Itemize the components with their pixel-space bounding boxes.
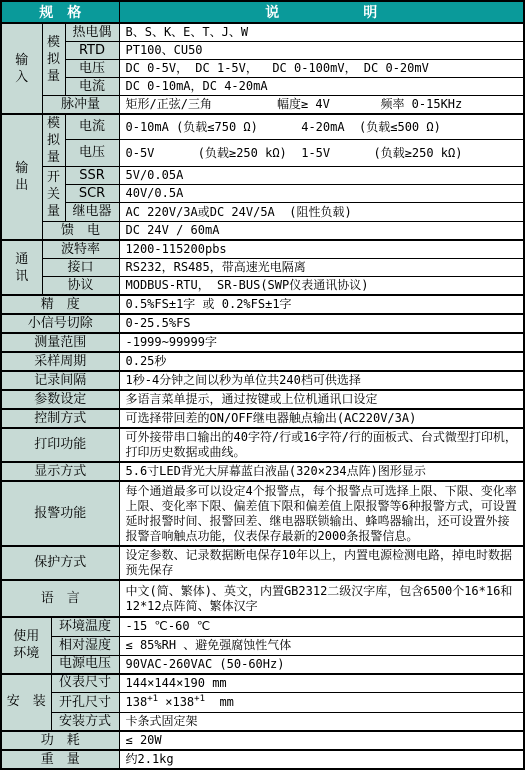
spec-table: 规 格 说 明 输 入 模 拟 量 热电偶 B、S、K、E、T、J、W RTD … [0,0,525,770]
label-instrument-size: 仪表尺寸 [51,674,119,693]
value-scr: 40V/0.5A [119,185,524,203]
group-output-analog: 模 拟 量 [42,114,65,167]
value-interface: RS232，RS485，带高速光电隔离 [119,259,524,277]
value-parameter-setting: 多语言菜单提示，通过按键或上位机通讯口设定 [119,390,524,409]
label-output-voltage: 电压 [65,140,119,167]
value-relative-humidity: ≤ 85%RH 、避免强腐蚀性气体 [119,636,524,655]
label-rtd: RTD [65,42,119,60]
label-measure-range: 测量范围 [1,333,119,352]
value-protection-mode: 设定参数、记录数据断电保存10年以上，内置电源检测电路，掉电时数据预先保存 [119,546,524,580]
value-rtd: PT100、CU50 [119,42,524,60]
label-control-mode: 控制方式 [1,409,119,428]
label-input-voltage: 电压 [65,60,119,78]
group-output: 输 出 [1,114,42,240]
header-description: 说 明 [119,1,524,23]
label-cutout-size: 开孔尺寸 [51,693,119,713]
label-weight: 重 量 [1,750,119,769]
value-supply-voltage: 90VAC-260VAC (50-60Hz) [119,655,524,674]
value-pulse: 矩形/正弦/三角 幅度≥ 4V 频率 0-15KHz [119,96,524,115]
value-relay: AC 220V/3A或DC 24V/5A (阻性负载) [119,203,524,222]
cutout-base-1: 138 [126,695,148,709]
value-feed-power: DC 24V / 60mA [119,222,524,241]
value-ssr: 5V/0.05A [119,167,524,185]
cutout-tolerance-2: +1 [194,694,205,704]
cutout-unit: mm [205,695,234,709]
label-ambient-temperature: 环境温度 [51,617,119,636]
value-sampling-period: 0.25秒 [119,352,524,371]
label-protocol: 协议 [42,277,119,296]
value-control-mode: 可选择带回差的ON/OFF继电器触点输出(AC220V/3A) [119,409,524,428]
value-protocol: MODBUS-RTU， SR-BUS(SWP仪表通讯协议) [119,277,524,296]
label-output-current: 电流 [65,114,119,140]
group-input-analog: 模 拟 量 [42,23,65,96]
value-weight: 约2.1kg [119,750,524,769]
value-small-signal-cutoff: 0-25.5%FS [119,314,524,333]
label-relay: 继电器 [65,203,119,222]
label-language: 语 言 [1,580,119,617]
label-display-mode: 显示方式 [1,462,119,481]
value-measure-range: -1999~99999字 [119,333,524,352]
value-mounting-method: 卡条式固定架 [119,713,524,732]
label-input-current: 电流 [65,78,119,96]
value-input-current: DC 0-10mA，DC 4-20mA [119,78,524,96]
cutout-base-2: ×138 [158,695,194,709]
value-record-interval: 1秒-4分钟之间以秒为单位共240档可供选择 [119,371,524,390]
label-supply-voltage: 电源电压 [51,655,119,674]
group-input: 输 入 [1,23,42,114]
label-accuracy: 精 度 [1,295,119,314]
label-record-interval: 记录间隔 [1,371,119,390]
label-alarm-function: 报警功能 [1,481,119,546]
label-protection-mode: 保护方式 [1,546,119,580]
label-baud-rate: 波特率 [42,240,119,259]
value-baud-rate: 1200-115200pbs [119,240,524,259]
label-pulse: 脉冲量 [42,96,119,115]
cutout-tolerance-1: +1 [147,694,158,704]
label-relative-humidity: 相对湿度 [51,636,119,655]
group-installation: 安 装 [1,674,51,732]
value-output-voltage: 0-5V (负载≥250 kΩ) 1-5V (负载≥250 kΩ) [119,140,524,167]
value-output-current: 0-10mA (负载≤750 Ω) 4-20mA (负载≤500 Ω) [119,114,524,140]
label-parameter-setting: 参数设定 [1,390,119,409]
value-ambient-temperature: -15 ℃-60 ℃ [119,617,524,636]
value-instrument-size: 144×144×190 mm [119,674,524,693]
label-scr: SCR [65,185,119,203]
header-spec: 规 格 [1,1,119,23]
group-environment: 使用 环境 [1,617,51,674]
value-alarm-function: 每个通道最多可以设定4个报警点，每个报警点可选择上限、下限、变化率上限、变化率下… [119,481,524,546]
label-interface: 接口 [42,259,119,277]
group-output-switch: 开 关 量 [42,167,65,222]
value-power-consumption: ≤ 20W [119,731,524,750]
label-power-consumption: 功 耗 [1,731,119,750]
label-feed-power: 馈 电 [42,222,119,241]
group-communication: 通 讯 [1,240,42,295]
value-display-mode: 5.6寸LED背光大屏幕蓝白液晶(320×234点阵)图形显示 [119,462,524,481]
value-accuracy: 0.5%FS±1字 或 0.2%FS±1字 [119,295,524,314]
value-print-function: 可外接带串口输出的40字符/行或16字符/行的面板式、台式微型打印机，打印历史数… [119,428,524,462]
value-thermocouple: B、S、K、E、T、J、W [119,23,524,42]
label-small-signal-cutoff: 小信号切除 [1,314,119,333]
label-ssr: SSR [65,167,119,185]
value-cutout-size: 138+1 ×138+1 mm [119,693,524,713]
value-language: 中文(简、繁体)、英文，内置GB2312二级汉字库，包含6500个16*16和1… [119,580,524,617]
label-thermocouple: 热电偶 [65,23,119,42]
label-sampling-period: 采样周期 [1,352,119,371]
label-mounting-method: 安装方式 [51,713,119,732]
value-input-voltage: DC 0-5V， DC 1-5V， DC 0-100mV， DC 0-20mV [119,60,524,78]
label-print-function: 打印功能 [1,428,119,462]
